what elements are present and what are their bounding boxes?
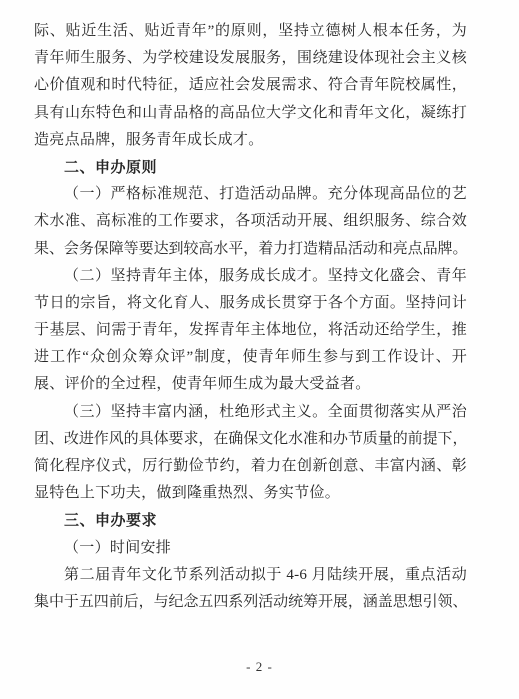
text-line: 展、评价的全过程，使青年师生成为最大受益者。 [34,371,467,398]
text-line: （一）时间安排 [34,535,467,562]
text-line: 简化程序仪式，厉行勤俭节约，着力在创新创意、丰富内涵、彰 [34,453,467,480]
text-line: 具有山东特色和山青品格的高品位大学文化和青年文化，凝练打 [34,100,467,127]
document-page: 际、贴近生活、贴近青年”的原则，坚持立德树人根本任务，为青年师生服务、为学校建设… [0,0,519,699]
page-number: - 2 - [0,659,519,675]
text-line: 际、贴近生活、贴近青年”的原则，坚持立德树人根本任务，为 [34,18,467,45]
text-line: （一）严格标准规范、打造活动品牌。充分体现高品位的艺 [34,181,467,208]
text-line: 心价值观和时代特征，适应社会发展需求、符合青年院校属性， [34,72,467,99]
text-line: 造亮点品牌，服务青年成长成才。 [34,127,467,154]
text-line: 果、会务保障等要达到较高水平，着力打造精品活动和亮点品牌。 [34,236,467,263]
text-line: 青年师生服务、为学校建设发展服务，围绕建设体现社会主义核 [34,45,467,72]
text-line: 于基层、问需于青年，发挥青年主体地位，将活动还给学生，推 [34,317,467,344]
text-line: 第二届青年文化节系列活动拟于 4-6 月陆续开展，重点活动 [34,562,467,589]
text-line: 集中于五四前后，与纪念五四系列活动统筹开展，涵盖思想引领、 [34,589,467,616]
text-line: 显特色上下功夫，做到隆重热烈、务实节俭。 [34,480,467,507]
text-line: （二）坚持青年主体，服务成长成才。坚持文化盛会、青年 [34,263,467,290]
text-line: 术水准、高标准的工作要求，各项活动开展、组织服务、综合效 [34,208,467,235]
document-body: 际、贴近生活、贴近青年”的原则，坚持立德树人根本任务，为青年师生服务、为学校建设… [34,18,467,616]
text-line: （三）坚持丰富内涵，杜绝形式主义。全面贯彻落实从严治 [34,399,467,426]
text-line: 节日的宗旨，将文化育人、服务成长贯穿于各个方面。坚持问计 [34,290,467,317]
text-line: 进工作“众创众筹众评”制度，使青年师生参与到工作设计、开 [34,344,467,371]
section-heading: 三、申办要求 [34,507,467,534]
text-line: 团、改进作风的具体要求，在确保文化水准和办节质量的前提下， [34,426,467,453]
section-heading: 二、申办原则 [34,154,467,181]
